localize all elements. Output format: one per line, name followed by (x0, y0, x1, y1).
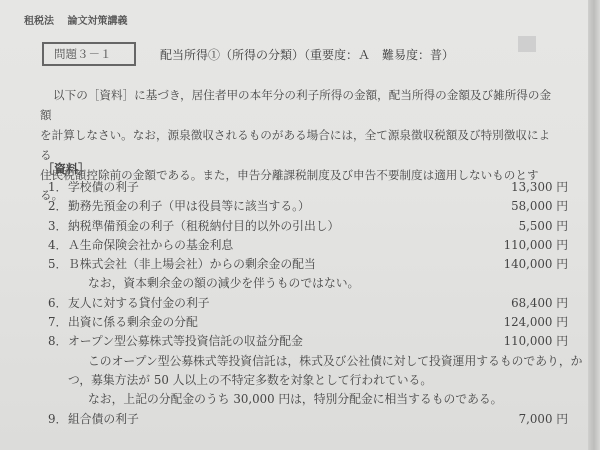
item-label: 出資に係る剰余金の分配 (68, 315, 198, 329)
bleed-through-mark (518, 36, 536, 52)
instruction-line: を計算しなさい。なお，源泉徴収されるものがある場合には，全て源泉徴収税額及び特別… (40, 125, 560, 165)
item-label: 友人に対する貸付金の利子 (68, 296, 210, 310)
item-amount: 124,000 円 (448, 313, 568, 332)
item-note: なお，資本剰余金の額の減少を伴うものではない。 (48, 274, 568, 293)
list-item: 9．組合債の利子 7,000 円 (48, 410, 568, 429)
item-label: 学校債の利子 (68, 180, 139, 194)
item-label: Ａ生命保険会社からの基金利息 (68, 238, 233, 252)
subject-label: 租税法 (24, 16, 54, 27)
list-item: 8．オープン型公募株式等投資信託の収益分配金 110,000 円 (48, 332, 568, 351)
item-amount: 7,000 円 (448, 410, 568, 429)
list-item: 1．学校債の利子 13,300 円 (48, 178, 568, 197)
list-item: 3．納税準備預金の利子（租税納付目的以外の引出し） 5,500 円 (48, 217, 568, 236)
problem-title: 配当所得①（所得の分類）（重要度：Ａ 難易度：普） (160, 46, 454, 63)
problem-heading: 問題３－１ 配当所得①（所得の分類）（重要度：Ａ 難易度：普） (42, 42, 454, 66)
course-label: 論文対策講義 (67, 16, 127, 27)
item-label: 勤務先預金の利子（甲は役員等に該当する。） (68, 199, 310, 213)
list-item: 6．友人に対する貸付金の利子 68,400 円 (48, 294, 568, 313)
item-amount: 140,000 円 (448, 255, 568, 274)
item-amount: 13,300 円 (448, 178, 568, 197)
item-amount: 68,400 円 (448, 294, 568, 313)
item-note-continued: つ，募集方法が 50 人以上の不特定多数を対象として行われている。 (48, 371, 568, 390)
list-item: 2．勤務先預金の利子（甲は役員等に該当する。） 58,000 円 (48, 197, 568, 216)
page-edge (588, 0, 600, 450)
materials-list: 1．学校債の利子 13,300 円 2．勤務先預金の利子（甲は役員等に該当する。… (48, 178, 568, 429)
item-amount: 58,000 円 (448, 197, 568, 216)
list-item: 4．Ａ生命保険会社からの基金利息 110,000 円 (48, 236, 568, 255)
item-label: 納税準備預金の利子（租税納付目的以外の引出し） (68, 219, 339, 233)
list-item: 7．出資に係る剰余金の分配 124,000 円 (48, 313, 568, 332)
instruction-line: 以下の［資料］に基づき，居住者甲の本年分の利子所得の金額，配当所得の金額及び雑所… (40, 85, 560, 125)
item-amount: 110,000 円 (448, 236, 568, 255)
item-amount: 5,500 円 (448, 217, 568, 236)
textbook-page: 租税法 論文対策講義 問題３－１ 配当所得①（所得の分類）（重要度：Ａ 難易度：… (0, 0, 590, 450)
item-label: 組合債の利子 (68, 412, 139, 426)
item-label: Ｂ株式会社（非上場会社）からの剰余金の配当 (68, 257, 316, 271)
problem-number-box: 問題３－１ (42, 42, 136, 66)
item-note: このオープン型公募株式等投資信託は，株式及び公社債に対して投資運用するものであり… (48, 352, 568, 371)
item-amount: 110,000 円 (448, 332, 568, 351)
item-note: なお，上記の分配金のうち 30,000 円は，特別分配金に相当するものである。 (48, 390, 568, 409)
page-header: 租税法 論文対策講義 (24, 12, 137, 27)
item-label: オープン型公募株式等投資信託の収益分配金 (68, 334, 303, 348)
list-item: 5．Ｂ株式会社（非上場会社）からの剰余金の配当 140,000 円 (48, 255, 568, 274)
materials-title: ［資料］ (42, 160, 90, 177)
